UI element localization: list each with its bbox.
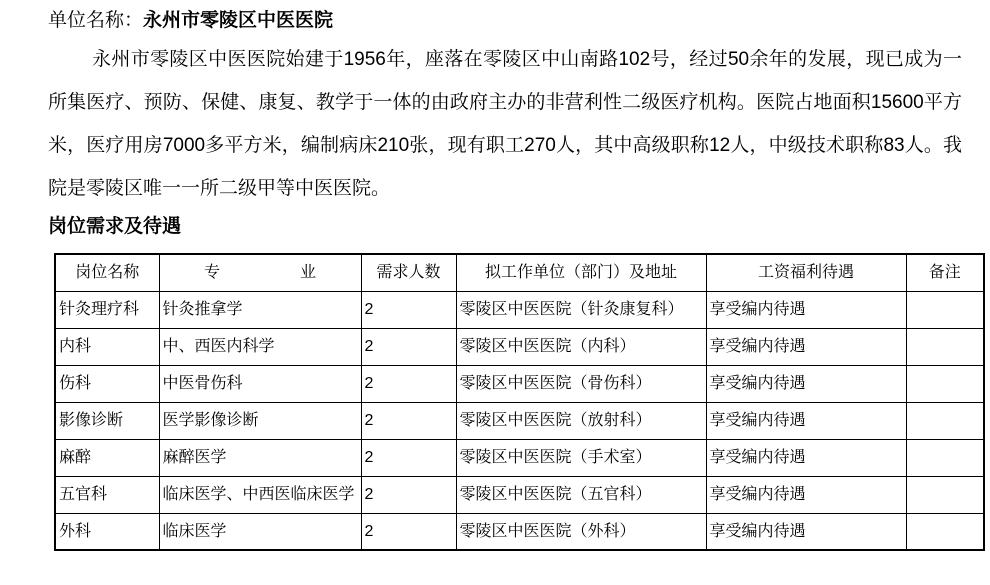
- table-header-row: 岗位名称 专 业 需求人数 拟工作单位（部门）及地址 工资福利待遇 备注: [55, 254, 984, 291]
- column-header-major: 专 业: [159, 254, 361, 291]
- cell-position: 影像诊断: [55, 402, 159, 439]
- cell-count: 2: [361, 476, 456, 513]
- unit-name-label: 单位名称：: [48, 10, 143, 31]
- cell-major: 中医骨伤科: [159, 365, 361, 402]
- section-heading: 岗位需求及待遇: [48, 214, 990, 240]
- cell-major: 中、西医内科学: [159, 328, 361, 365]
- cell-note: [906, 476, 984, 513]
- column-header-count: 需求人数: [361, 254, 456, 291]
- cell-count: 2: [361, 365, 456, 402]
- cell-note: [906, 365, 984, 402]
- cell-workplace: 零陵区中医医院（外科）: [456, 513, 706, 550]
- cell-workplace: 零陵区中医医院（五官科）: [456, 476, 706, 513]
- cell-major: 麻醉医学: [159, 439, 361, 476]
- cell-workplace: 零陵区中医医院（骨伤科）: [456, 365, 706, 402]
- cell-position: 外科: [55, 513, 159, 550]
- recruitment-table: 岗位名称 专 业 需求人数 拟工作单位（部门）及地址 工资福利待遇 备注 针灸理…: [54, 253, 985, 551]
- cell-note: [906, 291, 984, 328]
- table-row: 针灸理疗科针灸推拿学2零陵区中医医院（针灸康复科）享受编内待遇: [55, 291, 984, 328]
- cell-major: 临床医学: [159, 513, 361, 550]
- cell-workplace: 零陵区中医医院（针灸康复科）: [456, 291, 706, 328]
- table-row: 麻醉麻醉医学2零陵区中医医院（手术室）享受编内待遇: [55, 439, 984, 476]
- cell-position: 麻醉: [55, 439, 159, 476]
- cell-count: 2: [361, 439, 456, 476]
- document-page: 单位名称：永州市零陵区中医医院 永州市零陵区中医医院始建于1956年，座落在零陵…: [0, 0, 990, 551]
- table-row: 伤科中医骨伤科2零陵区中医医院（骨伤科）享受编内待遇: [55, 365, 984, 402]
- column-header-position: 岗位名称: [55, 254, 159, 291]
- cell-major: 针灸推拿学: [159, 291, 361, 328]
- column-header-benefits: 工资福利待遇: [706, 254, 906, 291]
- cell-benefits: 享受编内待遇: [706, 291, 906, 328]
- table-body: 针灸理疗科针灸推拿学2零陵区中医医院（针灸康复科）享受编内待遇内科中、西医内科学…: [55, 291, 984, 550]
- cell-count: 2: [361, 328, 456, 365]
- table-row: 内科中、西医内科学2零陵区中医医院（内科）享受编内待遇: [55, 328, 984, 365]
- cell-note: [906, 402, 984, 439]
- unit-name-value: 永州市零陵区中医医院: [143, 10, 333, 31]
- table-row: 外科临床医学2零陵区中医医院（外科）享受编内待遇: [55, 513, 984, 550]
- table-row: 五官科临床医学、中西医临床医学2零陵区中医医院（五官科）享受编内待遇: [55, 476, 984, 513]
- column-header-workplace: 拟工作单位（部门）及地址: [456, 254, 706, 291]
- cell-major: 临床医学、中西医临床医学: [159, 476, 361, 513]
- cell-benefits: 享受编内待遇: [706, 328, 906, 365]
- cell-benefits: 享受编内待遇: [706, 402, 906, 439]
- cell-workplace: 零陵区中医医院（放射科）: [456, 402, 706, 439]
- intro-paragraph: 永州市零陵区中医医院始建于1956年，座落在零陵区中山南路102号，经过50余年…: [48, 38, 962, 210]
- column-header-note: 备注: [906, 254, 984, 291]
- cell-position: 针灸理疗科: [55, 291, 159, 328]
- cell-note: [906, 513, 984, 550]
- cell-workplace: 零陵区中医医院（手术室）: [456, 439, 706, 476]
- table-row: 影像诊断医学影像诊断2零陵区中医医院（放射科）享受编内待遇: [55, 402, 984, 439]
- cell-count: 2: [361, 513, 456, 550]
- cell-position: 伤科: [55, 365, 159, 402]
- cell-position: 内科: [55, 328, 159, 365]
- cell-note: [906, 439, 984, 476]
- cell-count: 2: [361, 402, 456, 439]
- cell-note: [906, 328, 984, 365]
- cell-position: 五官科: [55, 476, 159, 513]
- cell-benefits: 享受编内待遇: [706, 513, 906, 550]
- unit-name-line: 单位名称：永州市零陵区中医医院: [48, 8, 990, 34]
- cell-count: 2: [361, 291, 456, 328]
- cell-workplace: 零陵区中医医院（内科）: [456, 328, 706, 365]
- cell-benefits: 享受编内待遇: [706, 365, 906, 402]
- cell-benefits: 享受编内待遇: [706, 476, 906, 513]
- cell-major: 医学影像诊断: [159, 402, 361, 439]
- cell-benefits: 享受编内待遇: [706, 439, 906, 476]
